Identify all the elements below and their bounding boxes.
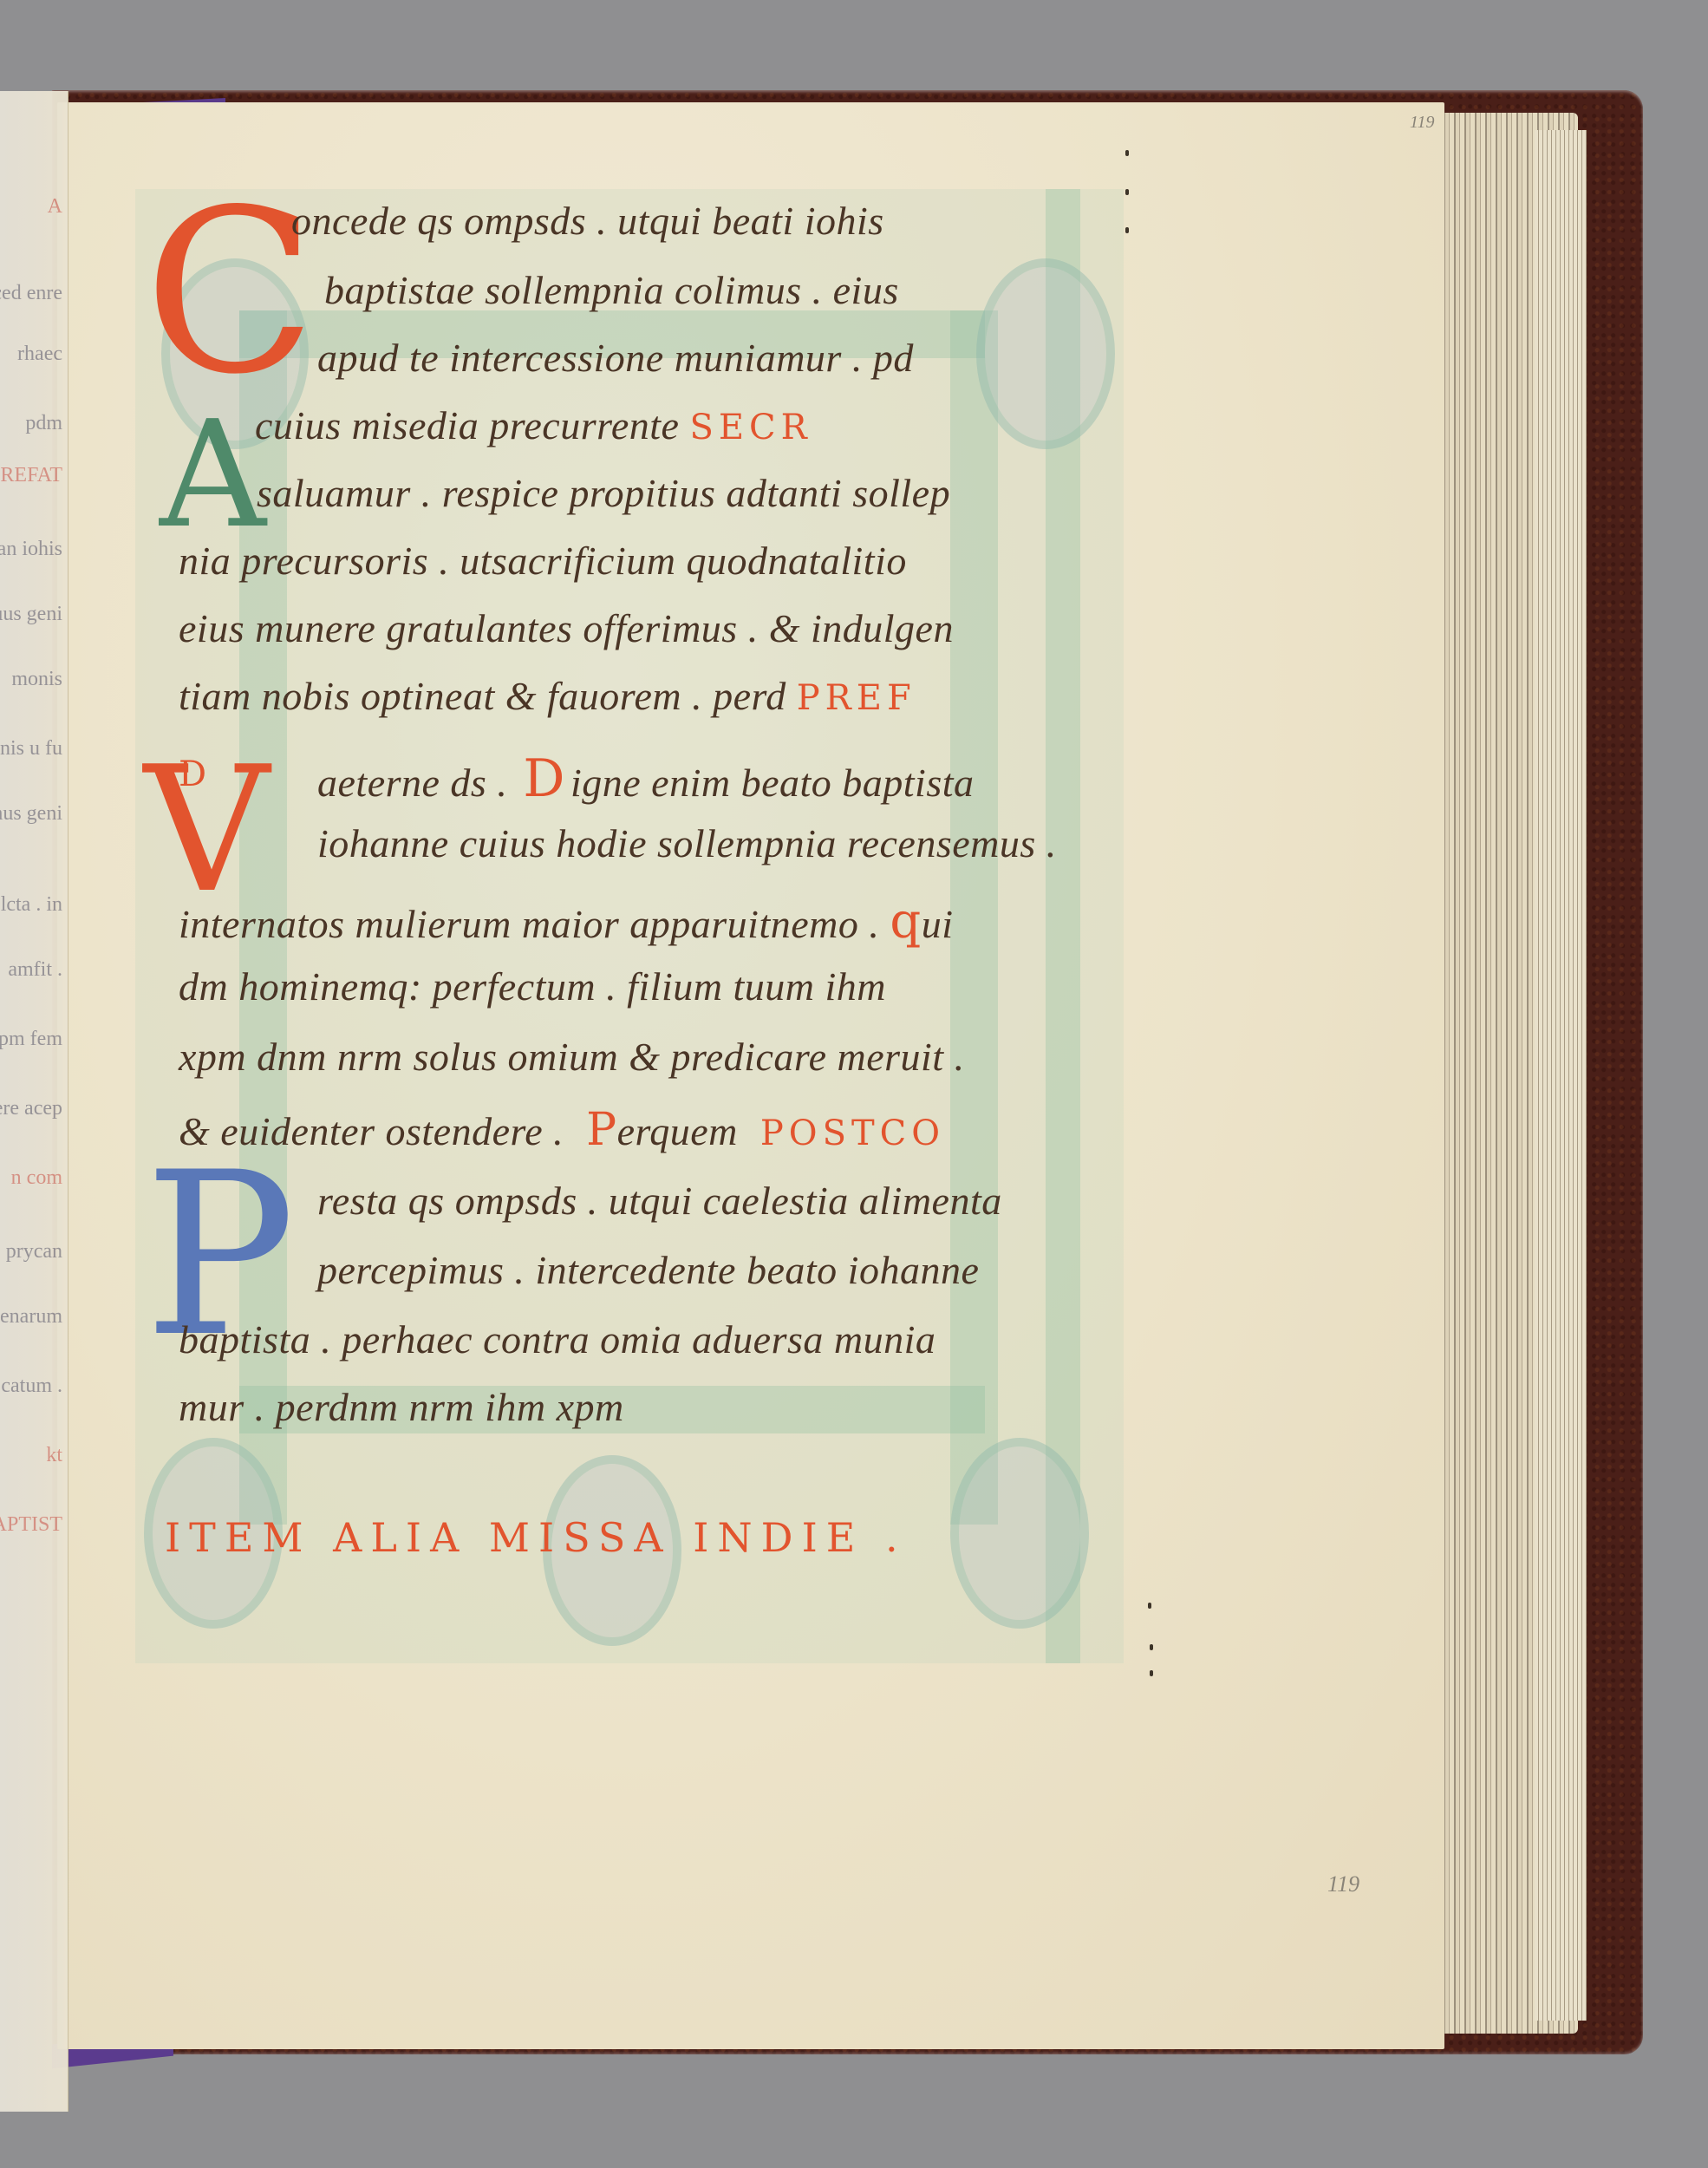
previous-leaf-edge: A erced enre rhaec pdm REFAT an iohis uu… (0, 91, 68, 2112)
line-text: apud te intercessione muniamur . pd (317, 336, 914, 380)
line-text: baptistae sollempnia colimus . eius (324, 268, 899, 312)
line-text-after: igne enim beato baptista (570, 761, 975, 805)
left-leaf-fragment: erced enre (0, 282, 62, 305)
text-line-5: saluamur . respice propitius adtanti sol… (257, 470, 950, 516)
line-text: & euidenter ostendere . (179, 1109, 564, 1153)
text-line-13: xpm dnm nrm solus omium & predicare meru… (179, 1034, 965, 1080)
left-leaf-fragment: REFAT (0, 464, 62, 487)
line-text: saluamur . respice propitius adtanti sol… (257, 471, 950, 515)
initial-P-red: P (586, 1104, 617, 1156)
text-line-16: percepimus . intercedente beato iohanne (317, 1247, 979, 1293)
frame-medallion-tr (976, 258, 1115, 449)
left-leaf-fragment: n com (11, 1166, 62, 1190)
text-line-18: mur . perdnm nrm ihm xpm (179, 1384, 624, 1430)
initial-V: V (144, 744, 269, 917)
left-leaf-fragment: rhaec (17, 343, 62, 366)
text-line-4: cuius misedia precurrente SECR (255, 402, 812, 448)
left-leaf-fragment: prycan (6, 1240, 62, 1264)
line-text: baptista . perhaec contra omia aduersa m… (179, 1317, 935, 1362)
pricking-mark (1125, 150, 1129, 156)
line-text: xpm dnm nrm solus omium & predicare meru… (179, 1035, 965, 1079)
folio-number-bottom: 119 (1327, 1871, 1359, 1897)
line-text: mur . perdnm nrm ihm xpm (179, 1385, 624, 1429)
initial-A: A (160, 402, 266, 549)
left-leaf-fragment: lcta . in (1, 893, 62, 917)
left-leaf-fragment: nus geni (0, 802, 62, 826)
line-text: internatos mulierum maior apparuitnemo . (179, 902, 879, 946)
line-text: eius munere gratulantes offerimus . & in… (179, 606, 954, 650)
text-line-7: eius munere gratulantes offerimus . & in… (179, 605, 954, 651)
page-stack-fore-edge (1535, 130, 1587, 2021)
text-line-8: tiam nobis optineat & fauorem . perd PRE… (179, 673, 916, 719)
text-line-3: apud te intercessione muniamur . pd (317, 335, 914, 381)
pricking-mark (1148, 1603, 1151, 1609)
line-text-after: ui (922, 902, 954, 946)
pricking-mark (1150, 1644, 1153, 1650)
pricking-mark (1125, 189, 1129, 195)
left-leaf-fragment: A (48, 195, 62, 219)
text-line-12: dm hominemq: perfectum . filium tuum ihm (179, 963, 886, 1009)
initial-VD-superscript: D (179, 757, 206, 792)
text-line-11: internatos mulierum maior apparuitnemo .… (179, 893, 954, 950)
left-leaf-fragment: pnis u fu (0, 737, 62, 761)
left-leaf-fragment: pdm (25, 412, 62, 435)
left-leaf-fragment: APTIST (0, 1513, 62, 1537)
left-leaf-fragment: monis (11, 668, 62, 691)
line-text: nia precursoris . utsacrificium quodnata… (179, 539, 907, 583)
frame-medallion-br (950, 1438, 1089, 1629)
left-leaf-fragment: fpm fem (0, 1028, 62, 1051)
text-line-9: aeterne ds . Digne enim beato baptista (317, 748, 975, 809)
text-line-6: nia precursoris . utsacrificium quodnata… (179, 538, 907, 584)
text-line-1: oncede qs ompsds . utqui beati iohis (291, 198, 884, 244)
left-leaf-fragment: tere acep (0, 1097, 62, 1120)
text-line-14: & euidenter ostendere . Perquem POSTCO (179, 1104, 945, 1156)
text-line-17: baptista . perhaec contra omia aduersa m… (179, 1316, 935, 1362)
line-text: oncede qs ompsds . utqui beati iohis (291, 199, 884, 243)
rubric-heading: ITEM ALIA MISSA INDIE . (165, 1514, 907, 1561)
line-text-mid: erquem (617, 1109, 738, 1153)
line-text: resta qs ompsds . utqui caelestia alimen… (317, 1179, 1002, 1223)
line-text: iohanne cuius hodie sollempnia recensemu… (317, 821, 1057, 865)
initial-Q: q (890, 893, 921, 950)
pricking-mark (1150, 1670, 1153, 1676)
left-leaf-fragment: an iohis (0, 538, 62, 561)
line-text: dm hominemq: perfectum . filium tuum ihm (179, 964, 886, 1009)
pricking-mark (1125, 227, 1129, 233)
line-text: aeterne ds . (317, 761, 507, 805)
left-leaf-fragment: catum . (1, 1375, 62, 1398)
left-leaf-fragment: amfit . (8, 958, 62, 982)
line-text: cuius misedia precurrente (255, 403, 679, 447)
line-text: tiam nobis optineat & fauorem . perd (179, 674, 786, 718)
text-line-10: iohanne cuius hodie sollempnia recensemu… (317, 820, 1057, 866)
left-leaf-fragment: kt (46, 1444, 62, 1467)
rubric-postco: POSTCO (760, 1113, 945, 1153)
line-text: percepimus . intercedente beato iohanne (317, 1248, 979, 1292)
left-leaf-fragment: uus geni (0, 603, 62, 626)
text-line-15: resta qs ompsds . utqui caelestia alimen… (317, 1178, 1002, 1224)
initial-D: D (523, 748, 565, 809)
frame-bar-right (950, 310, 998, 1525)
manuscript-leaf: 119 119 C A V D P oncede qs ompsds . utq… (57, 102, 1444, 2049)
left-leaf-fragment: enarum (0, 1305, 62, 1329)
text-line-2: baptistae sollempnia colimus . eius (324, 267, 899, 313)
folio-number-top: 119 (1410, 113, 1435, 133)
rubric-secr: SECR (689, 408, 812, 447)
rubric-pref: PREF (797, 678, 916, 718)
